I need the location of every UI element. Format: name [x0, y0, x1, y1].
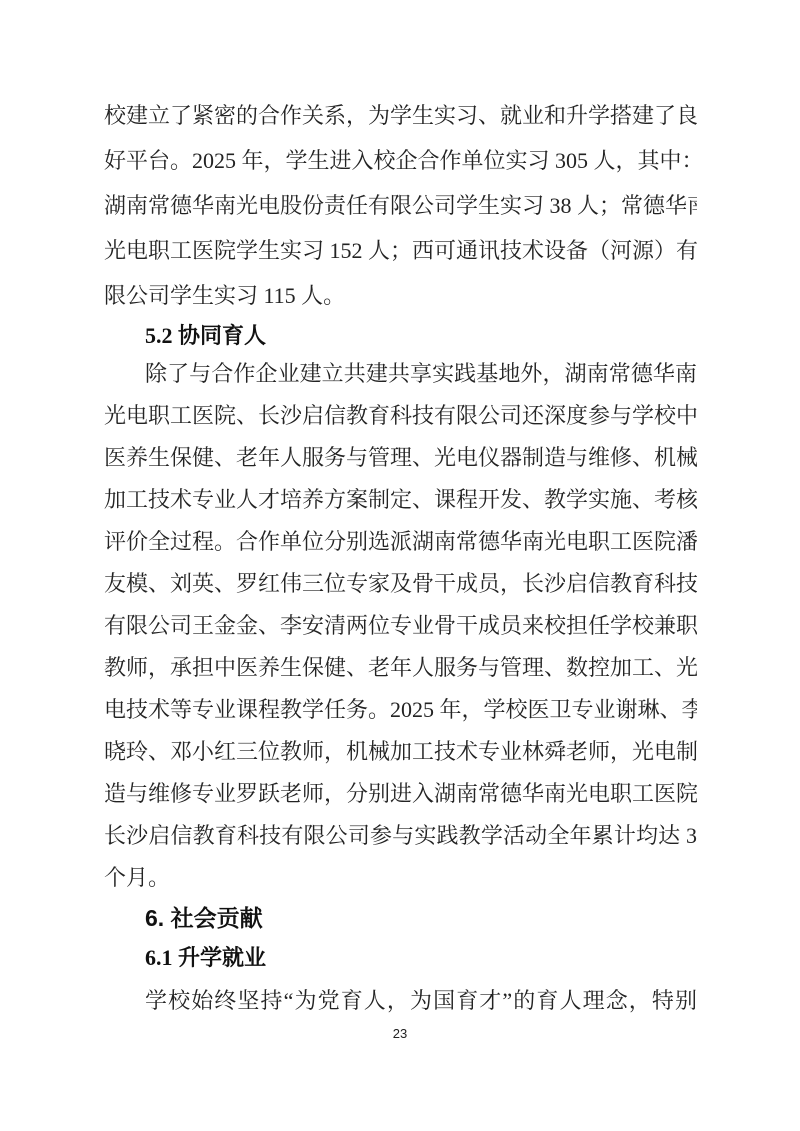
paragraph-line: 校建立了紧密的合作关系，为学生实习、就业和升学搭建了良 — [104, 93, 697, 138]
paragraph-line: 好平台。2025 年，学生进入校企合作单位实习 305 人，其中： — [104, 138, 697, 183]
paragraph-line: 医养生保健、老年人服务与管理、光电仪器制造与维修、机械 — [104, 437, 697, 479]
document-body: 校建立了紧密的合作关系，为学生实习、就业和升学搭建了良好平台。2025 年，学生… — [104, 93, 697, 1023]
section-heading: 6. 社会贡献 — [104, 903, 697, 933]
paragraph-line: 电技术等专业课程教学任务。2025 年，学校医卫专业谢琳、李 — [104, 689, 697, 731]
paragraph-line: 友模、刘英、罗红伟三位专家及骨干成员，长沙启信教育科技 — [104, 563, 697, 605]
paragraph-line: 晓玲、邓小红三位教师，机械加工技术专业林舜老师，光电制 — [104, 731, 697, 773]
section-heading: 5.2 协同育人 — [104, 318, 697, 353]
paragraph: 学校始终坚持“为党育人，为国育才”的育人理念，特别 — [104, 978, 697, 1023]
page-number: 23 — [0, 1026, 800, 1041]
paragraph-line: 评价全过程。合作单位分别选派湖南常德华南光电职工医院潘 — [104, 521, 697, 563]
paragraph-line: 长沙启信教育科技有限公司参与实践教学活动全年累计均达 3 — [104, 815, 697, 857]
paragraph-line: 光电职工医院学生实习 152 人；西可通讯技术设备（河源）有 — [104, 228, 697, 273]
paragraph-line: 除了与合作企业建立共建共享实践基地外，湖南常德华南 — [104, 353, 697, 395]
paragraph-line: 个月。 — [104, 857, 697, 899]
paragraph-line: 学校始终坚持“为党育人，为国育才”的育人理念，特别 — [104, 978, 697, 1023]
paragraph-line: 限公司学生实习 115 人。 — [104, 273, 697, 318]
paragraph-line: 湖南常德华南光电股份责任有限公司学生实习 38 人；常德华南 — [104, 183, 697, 228]
paragraph-line: 教师，承担中医养生保健、老年人服务与管理、数控加工、光 — [104, 647, 697, 689]
paragraph: 除了与合作企业建立共建共享实践基地外，湖南常德华南光电职工医院、长沙启信教育科技… — [104, 353, 697, 899]
paragraph: 校建立了紧密的合作关系，为学生实习、就业和升学搭建了良好平台。2025 年，学生… — [104, 93, 697, 318]
document-page: 校建立了紧密的合作关系，为学生实习、就业和升学搭建了良好平台。2025 年，学生… — [0, 0, 800, 1131]
paragraph-line: 有限公司王金金、李安清两位专业骨干成员来校担任学校兼职 — [104, 605, 697, 647]
paragraph-line: 加工技术专业人才培养方案制定、课程开发、教学实施、考核 — [104, 479, 697, 521]
section-heading: 6.1 升学就业 — [104, 943, 697, 973]
paragraph-line: 造与维修专业罗跃老师，分别进入湖南常德华南光电职工医院、 — [104, 773, 697, 815]
paragraph-line: 光电职工医院、长沙启信教育科技有限公司还深度参与学校中 — [104, 395, 697, 437]
